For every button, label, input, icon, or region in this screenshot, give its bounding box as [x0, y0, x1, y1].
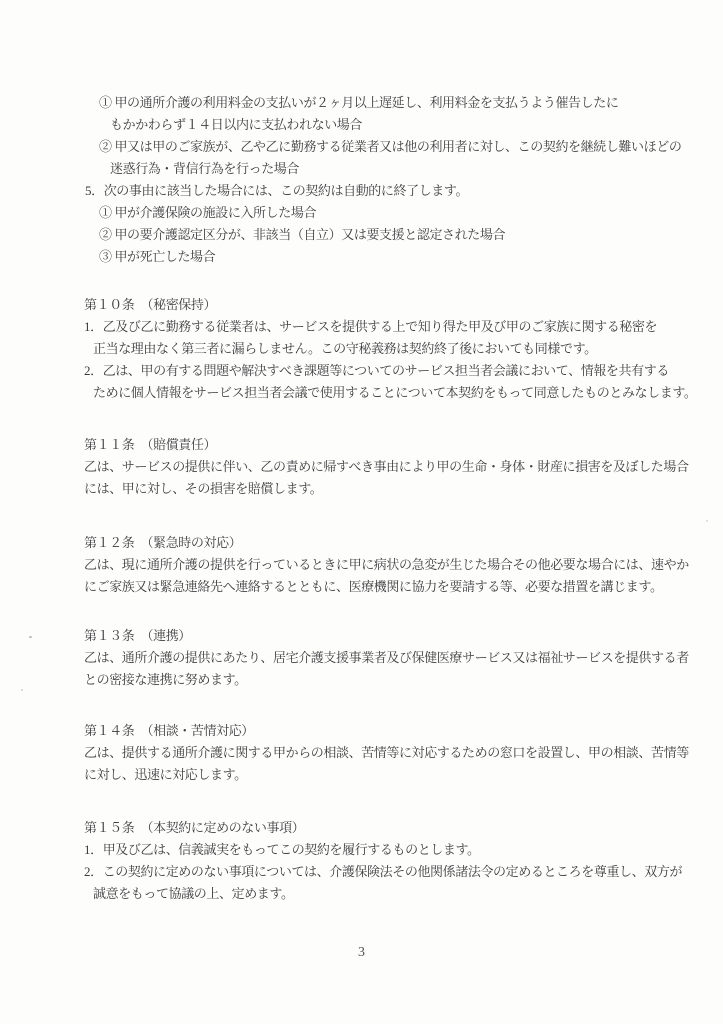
clause-line: にご家族又は緊急連絡先へ連絡するとともに、医療機関に協力を要請する等、必要な措置…: [84, 576, 705, 598]
clause-line: 乙は、提供する通所介護に関する甲からの相談、苦情等に対応するための窓口を設置し、…: [84, 742, 705, 764]
clause-line: ① 甲が介護保険の施設に入所した場合: [84, 202, 705, 224]
article-heading: 第１５条 （本契約に定めのない事項）: [84, 817, 705, 839]
section-article-14: 第１４条 （相談・苦情対応） 乙は、提供する通所介護に関する甲からの相談、苦情等…: [84, 720, 705, 786]
page-number: 3: [0, 945, 723, 961]
clause-line: 誠意をもって協議の上、定めます。: [84, 883, 705, 905]
clause-line: ② 甲又は甲のご家族が、乙や乙に勤務する従業者又は他の利用者に対し、この契約を継…: [84, 136, 705, 158]
document-page: ① 甲の通所介護の利用料金の支払いが２ヶ月以上遅延し、利用料金を支払うよう催告し…: [0, 0, 723, 1024]
clause-line: 正当な理由なく第三者に漏らしません。この守秘義務は契約終了後においても同様です。: [84, 338, 705, 360]
section-article-15: 第１５条 （本契約に定めのない事項） 1．甲及び乙は、信義誠実をもってこの契約を…: [84, 817, 705, 905]
clause-line: には、甲に対し、その損害を賠償します。: [84, 478, 705, 500]
clause-line: 2．この契約に定めのない事項については、介護保険法その他関係諸法令の定めるところ…: [84, 861, 705, 883]
clause-line: ために個人情報をサービス担当者会議で使用することについて本契約をもって同意したも…: [84, 382, 705, 404]
clause-line: ② 甲の要介護認定区分が、非該当（自立）又は要支援と認定された場合: [84, 224, 705, 246]
section-article-12: 第１２条 （緊急時の対応） 乙は、現に通所介護の提供を行っているときに甲に病状の…: [84, 532, 705, 598]
article-heading: 第１４条 （相談・苦情対応）: [84, 720, 705, 742]
article-heading: 第１２条 （緊急時の対応）: [84, 532, 705, 554]
document-content: ① 甲の通所介護の利用料金の支払いが２ヶ月以上遅延し、利用料金を支払うよう催告し…: [84, 92, 705, 905]
section-article-11: 第１１条 （賠償責任） 乙は、サービスの提供に伴い、乙の責めに帰すべき事由により…: [84, 434, 705, 500]
clause-line: 1．乙及び乙に勤務する従業者は、サービスを提供する上で知り得た甲及び甲のご家族に…: [84, 316, 705, 338]
scan-speck: [29, 636, 32, 638]
clause-line: 乙は、現に通所介護の提供を行っているときに甲に病状の急変が生じた場合その他必要な…: [84, 554, 705, 576]
clause-line: 1．甲及び乙は、信義誠実をもってこの契約を履行するものとします。: [84, 839, 705, 861]
article-heading: 第１１条 （賠償責任）: [84, 434, 705, 456]
scan-speck: [21, 689, 23, 691]
clause-line: もかかわらず１４日以内に支払われない場合: [84, 114, 705, 136]
clause-line: 乙は、通所介護の提供にあたり、居宅介護支援事業者及び保健医療サービス又は福祉サー…: [84, 647, 705, 669]
section-article-13: 第１３条 （連携） 乙は、通所介護の提供にあたり、居宅介護支援事業者及び保健医療…: [84, 625, 705, 691]
clause-line: ① 甲の通所介護の利用料金の支払いが２ヶ月以上遅延し、利用料金を支払うよう催告し…: [84, 92, 705, 114]
clause-line: 2．乙は、甲の有する問題や解決すべき課題等についてのサービス担当者会議において、…: [84, 360, 705, 382]
section-article-10: 第１０条 （秘密保持） 1．乙及び乙に勤務する従業者は、サービスを提供する上で知…: [84, 294, 705, 404]
clause-line: 5．次の事由に該当した場合には、この契約は自動的に終了します。: [84, 180, 705, 202]
clause-line: 迷惑行為・背信行為を行った場合: [84, 158, 705, 180]
article-heading: 第１３条 （連携）: [84, 625, 705, 647]
article-heading: 第１０条 （秘密保持）: [84, 294, 705, 316]
clause-line: ③ 甲が死亡した場合: [84, 246, 705, 268]
scan-speck: [706, 520, 708, 522]
clause-line: 乙は、サービスの提供に伴い、乙の責めに帰すべき事由により甲の生命・身体・財産に損…: [84, 456, 705, 478]
clause-line: との密接な連携に努めます。: [84, 669, 705, 691]
section-termination-clauses: ① 甲の通所介護の利用料金の支払いが２ヶ月以上遅延し、利用料金を支払うよう催告し…: [84, 92, 705, 268]
clause-line: に対し、迅速に対応します。: [84, 764, 705, 786]
